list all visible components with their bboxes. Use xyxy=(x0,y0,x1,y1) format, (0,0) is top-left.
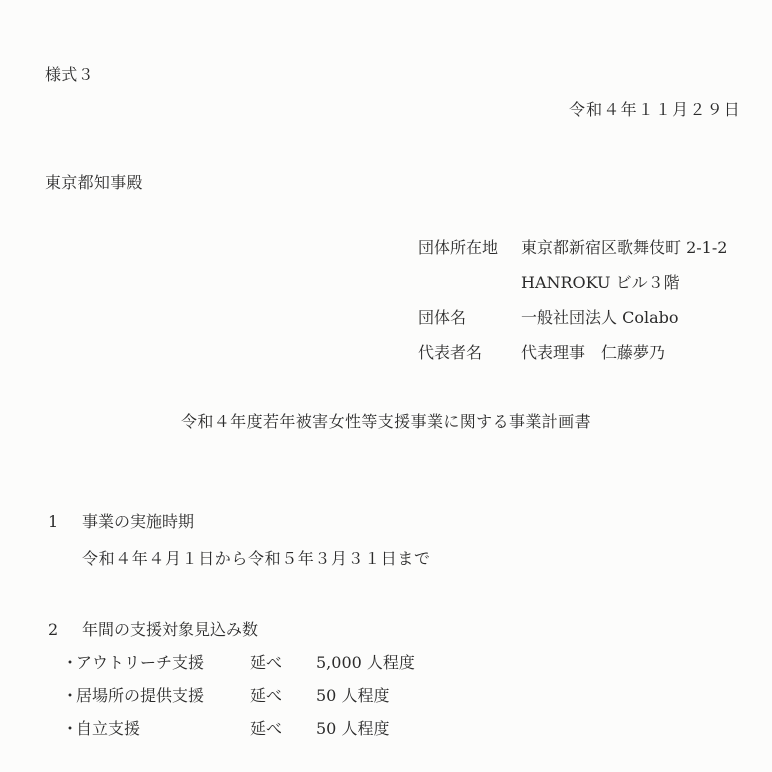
org-address-label: 団体所在地 xyxy=(418,238,498,258)
count-type: 延べ xyxy=(250,719,282,739)
section-implementation-period: 1 事業の実施時期 令和４年４月１日から令和５年３月３１日まで xyxy=(48,512,748,534)
document-page: 様式３ 令和４年１１月２９日 東京都知事殿 団体所在地 東京都新宿区歌舞伎町 2… xyxy=(0,0,772,772)
section-title: 事業の実施時期 xyxy=(82,512,194,532)
estimated-count: 50 人程度 xyxy=(316,719,389,739)
section-heading: 1 事業の実施時期 xyxy=(48,512,748,534)
count-type: 延べ xyxy=(250,686,282,706)
org-representative-label: 代表者名 xyxy=(418,343,482,363)
estimated-count: 50 人程度 xyxy=(316,686,389,706)
document-date: 令和４年１１月２９日 xyxy=(569,100,741,120)
support-type: アウトリーチ支援 xyxy=(76,653,204,673)
org-representative-value: 代表理事 仁藤夢乃 xyxy=(521,343,665,363)
list-item-shelter: ・ 居場所の提供支援 延べ 50 人程度 xyxy=(62,686,462,719)
org-address-line2-value: HANROKU ビル３階 xyxy=(521,273,680,293)
org-row-name: 団体名 一般社団法人 Colabo xyxy=(418,308,758,343)
section-title: 年間の支援対象見込み数 xyxy=(82,620,258,640)
section-heading: 2 年間の支援対象見込み数 xyxy=(48,620,748,642)
org-name-value: 一般社団法人 Colabo xyxy=(521,308,679,328)
count-type: 延べ xyxy=(250,653,282,673)
org-row-representative: 代表者名 代表理事 仁藤夢乃 xyxy=(418,343,758,378)
support-type: 自立支援 xyxy=(76,719,140,739)
form-number: 様式３ xyxy=(45,65,94,85)
section-support-targets: 2 年間の支援対象見込み数 ・ アウトリーチ支援 延べ 5,000 人程度 ・ … xyxy=(48,620,748,642)
org-name-label: 団体名 xyxy=(418,308,466,328)
list-item-outreach: ・ アウトリーチ支援 延べ 5,000 人程度 xyxy=(62,653,462,686)
list-item-independence: ・ 自立支援 延べ 50 人程度 xyxy=(62,719,462,752)
implementation-period-text: 令和４年４月１日から令和５年３月３１日まで xyxy=(82,549,431,569)
estimated-count: 5,000 人程度 xyxy=(316,653,415,673)
support-type: 居場所の提供支援 xyxy=(76,686,204,706)
org-address-value: 東京都新宿区歌舞伎町 2-1-2 xyxy=(521,238,727,258)
addressee: 東京都知事殿 xyxy=(45,173,143,193)
section-number: 1 xyxy=(48,512,58,532)
org-row-address: 団体所在地 東京都新宿区歌舞伎町 2-1-2 xyxy=(418,238,758,273)
section-number: 2 xyxy=(48,620,58,640)
document-title: 令和４年度若年被害女性等支援事業に関する事業計画書 xyxy=(0,412,772,432)
support-target-list: ・ アウトリーチ支援 延べ 5,000 人程度 ・ 居場所の提供支援 延べ 50… xyxy=(62,653,462,752)
org-row-address-line2: HANROKU ビル３階 xyxy=(418,273,758,308)
organization-info: 団体所在地 東京都新宿区歌舞伎町 2-1-2 HANROKU ビル３階 団体名 … xyxy=(418,238,758,378)
